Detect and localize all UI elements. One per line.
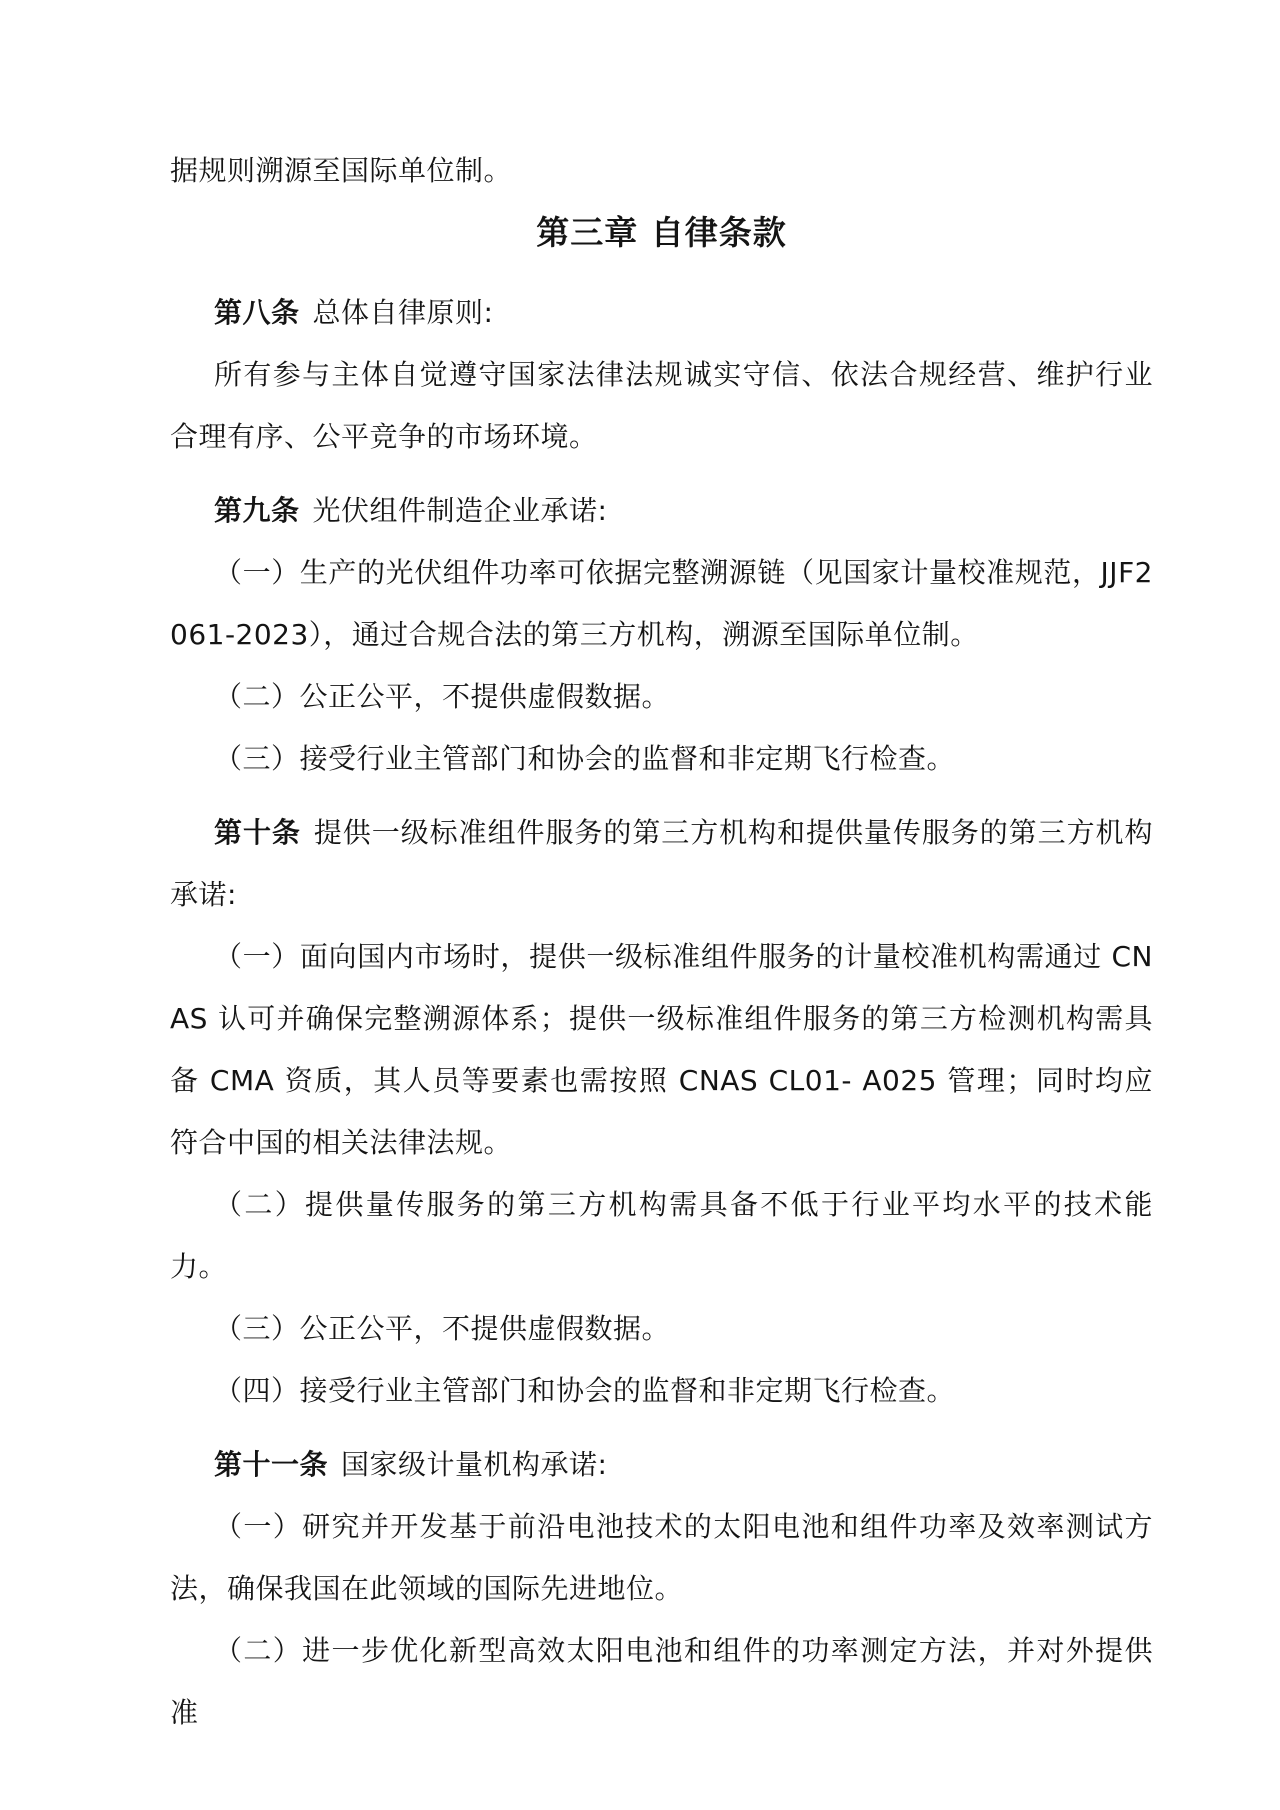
article-9-title: 光伏组件制造企业承诺: <box>313 494 608 527</box>
article-9-heading: 第九条光伏组件制造企业承诺: <box>170 480 1153 542</box>
article-9-clause-2: （二）公正公平，不提供虚假数据。 <box>170 666 1153 728</box>
article-8-number: 第八条 <box>214 296 300 329</box>
article-10-number: 第十条 <box>214 816 301 849</box>
article-9-number: 第九条 <box>214 494 300 527</box>
article-10-clause-1: （一）面向国内市场时，提供一级标准组件服务的计量校准机构需通过 CNAS 认可并… <box>170 926 1153 1174</box>
article-10-heading: 第十条提供一级标准组件服务的第三方机构和提供量传服务的第三方机构承诺: <box>170 802 1153 926</box>
article-11-clause-2: （二）进一步优化新型高效太阳电池和组件的功率测定方法，并对外提供准 <box>170 1620 1153 1744</box>
article-10-clause-4: （四）接受行业主管部门和协会的监督和非定期飞行检查。 <box>170 1360 1153 1422</box>
article-9-clause-3: （三）接受行业主管部门和协会的监督和非定期飞行检查。 <box>170 728 1153 790</box>
article-9-clause-1: （一）生产的光伏组件功率可依据完整溯源链（见国家计量校准规范，JJF2061-2… <box>170 542 1153 666</box>
article-11-number: 第十一条 <box>214 1448 328 1481</box>
chapter-heading: 第三章 自律条款 <box>170 202 1153 264</box>
continuation-text: 据规则溯源至国际单位制。 <box>170 140 1153 202</box>
article-10-title: 提供一级标准组件服务的第三方机构和提供量传服务的第三方机构承诺: <box>170 816 1153 911</box>
article-11-title: 国家级计量机构承诺: <box>341 1448 607 1481</box>
article-8-title: 总体自律原则: <box>313 296 494 329</box>
article-11-heading: 第十一条国家级计量机构承诺: <box>170 1434 1153 1496</box>
article-10-clause-2: （二）提供量传服务的第三方机构需具备不低于行业平均水平的技术能力。 <box>170 1174 1153 1298</box>
article-8-heading: 第八条总体自律原则: <box>170 282 1153 344</box>
article-10-clause-3: （三）公正公平，不提供虚假数据。 <box>170 1298 1153 1360</box>
document-page: 据规则溯源至国际单位制。 第三章 自律条款 第八条总体自律原则: 所有参与主体自… <box>0 0 1280 1810</box>
article-11-clause-1: （一）研究并开发基于前沿电池技术的太阳电池和组件功率及效率测试方法，确保我国在此… <box>170 1496 1153 1620</box>
article-8-clause-1: 所有参与主体自觉遵守国家法律法规诚实守信、依法合规经营、维护行业合理有序、公平竞… <box>170 344 1153 468</box>
